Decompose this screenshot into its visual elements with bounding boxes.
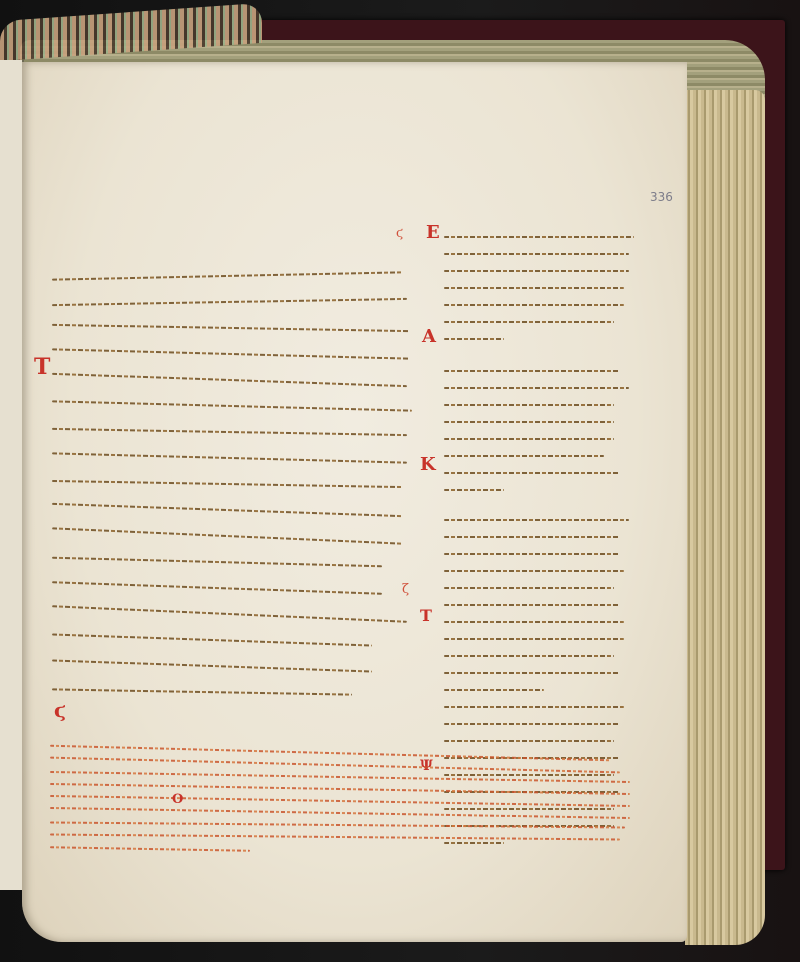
rubric-initial: Τ [420, 606, 432, 625]
scholia-line [50, 821, 625, 828]
manuscript-page: 336 Τ ϛ [22, 62, 687, 942]
text-line [444, 321, 614, 323]
text-line [444, 570, 624, 572]
text-line [444, 287, 624, 289]
text-line [444, 655, 614, 657]
text-line [444, 604, 619, 606]
rubric-initial: Τ [34, 354, 50, 380]
text-line [444, 338, 504, 340]
text-line [444, 672, 619, 674]
text-line [444, 236, 634, 238]
text-line [444, 638, 624, 640]
main-text-column [52, 267, 412, 693]
scholia-line [50, 846, 250, 851]
text-line [444, 740, 614, 742]
text-line [52, 428, 407, 436]
text-line [52, 271, 402, 280]
text-line [444, 519, 629, 521]
text-line [52, 557, 382, 568]
rubric-initial: Ο [172, 792, 183, 807]
text-line [444, 438, 614, 440]
text-line [52, 503, 402, 517]
text-line [52, 452, 407, 463]
rubric-initial: Α [422, 326, 436, 347]
text-line [52, 659, 372, 672]
text-line [444, 370, 619, 372]
scholia-line [50, 783, 630, 795]
text-line [52, 324, 410, 332]
scholia-line [50, 771, 630, 783]
text-line [444, 706, 624, 708]
scholia-line [50, 795, 630, 807]
marginal-number: ζ [402, 582, 409, 597]
text-line [444, 455, 604, 457]
text-line [444, 553, 619, 555]
text-line [52, 688, 352, 695]
text-line [444, 621, 624, 623]
scholia-line [50, 834, 620, 841]
text-line [52, 298, 407, 306]
text-line [444, 304, 624, 306]
text-line [444, 404, 614, 406]
text-line [52, 605, 407, 622]
text-line [52, 633, 372, 646]
folio-number: 336 [650, 190, 673, 204]
text-line [52, 480, 402, 488]
text-line [444, 421, 614, 423]
scholia-block [50, 752, 640, 850]
rubric-initial: Ε [426, 222, 440, 243]
marginal-number: ϛ [396, 226, 403, 241]
text-line [444, 270, 629, 272]
rubric-initial: ϛ [54, 698, 66, 722]
text-line [444, 387, 629, 389]
text-line [444, 536, 619, 538]
text-line [444, 472, 619, 474]
text-line [52, 348, 410, 359]
text-line [52, 581, 382, 595]
scholia-line [50, 807, 630, 819]
text-line [444, 723, 619, 725]
text-line [444, 587, 614, 589]
text-line [444, 253, 629, 255]
text-line [52, 373, 407, 387]
page-edges-fore [685, 90, 765, 945]
text-line [444, 689, 544, 691]
facing-page-edge [0, 60, 24, 890]
text-line [52, 527, 402, 544]
text-line [52, 400, 412, 411]
rubric-initial: Κ [420, 454, 436, 475]
text-line [444, 489, 504, 491]
